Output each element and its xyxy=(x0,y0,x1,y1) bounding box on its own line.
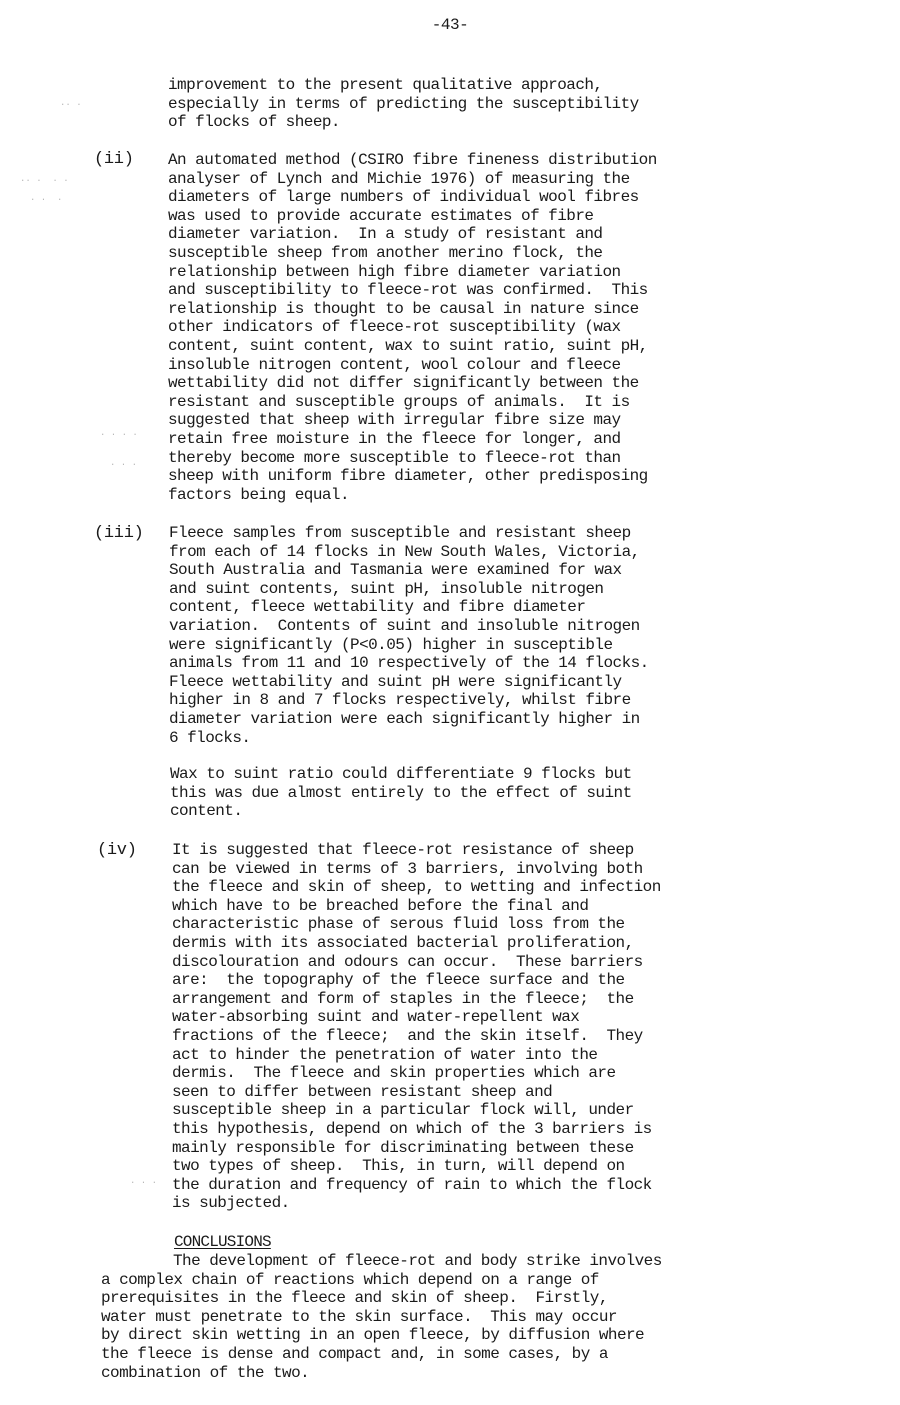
text-line: diameter variation. In a study of resist… xyxy=(168,225,657,244)
text-line: thereby become more susceptible to fleec… xyxy=(168,449,657,468)
item-ii-paragraph: An automated method (CSIRO fibre finenes… xyxy=(168,151,657,504)
text-line: insoluble nitrogen content, wool colour … xyxy=(168,356,657,375)
text-line: South Australia and Tasmania were examin… xyxy=(169,561,649,580)
page-number: -43- xyxy=(0,16,900,34)
text-line: were significantly (P<0.05) higher in su… xyxy=(169,636,649,655)
item-iii-paragraph-2: Wax to suint ratio could differentiate 9… xyxy=(170,765,632,821)
text-line: The development of fleece-rot and body s… xyxy=(101,1252,662,1271)
text-line: factors being equal. xyxy=(168,486,657,505)
text-line: seen to differ between resistant sheep a… xyxy=(172,1083,661,1102)
text-line: a complex chain of reactions which depen… xyxy=(101,1271,662,1290)
text-line: content, suint content, wax to suint rat… xyxy=(168,337,657,356)
text-line: the duration and frequency of rain to wh… xyxy=(172,1176,661,1195)
text-line: wettability did not differ significantly… xyxy=(168,374,657,393)
text-line: other indicators of fleece-rot susceptib… xyxy=(168,318,657,337)
text-line: content. xyxy=(170,802,632,821)
text-line: susceptible sheep in a particular flock … xyxy=(172,1101,661,1120)
text-line: susceptible sheep from another merino fl… xyxy=(168,244,657,263)
text-line: Fleece samples from susceptible and resi… xyxy=(169,524,649,543)
text-line: relationship is thought to be causal in … xyxy=(168,300,657,319)
text-line: fractions of the fleece; and the skin it… xyxy=(172,1027,661,1046)
text-line: are: the topography of the fleece surfac… xyxy=(172,971,661,990)
text-line: and suint contents, suint pH, insoluble … xyxy=(169,580,649,599)
item-iii-paragraph: Fleece samples from susceptible and resi… xyxy=(169,524,649,747)
item-label-iv: (iv) xyxy=(97,841,137,860)
text-line: by direct skin wetting in an open fleece… xyxy=(101,1326,662,1345)
text-line: content, fleece wettability and fibre di… xyxy=(169,598,649,617)
scan-noise: ·· · · · xyxy=(20,176,69,186)
text-line: variation. Contents of suint and insolub… xyxy=(169,617,649,636)
text-line: An automated method (CSIRO fibre finenes… xyxy=(168,151,657,170)
text-line: the fleece is dense and compact and, in … xyxy=(101,1345,662,1364)
text-line: can be viewed in terms of 3 barriers, in… xyxy=(172,860,661,879)
text-line: and susceptibility to fleece-rot was con… xyxy=(168,281,657,300)
text-line: prerequisites in the fleece and skin of … xyxy=(101,1289,662,1308)
text-line: this hypothesis, depend on which of the … xyxy=(172,1120,661,1139)
text-line: dermis. The fleece and skin properties w… xyxy=(172,1064,661,1083)
text-line: this was due almost entirely to the effe… xyxy=(170,784,632,803)
text-line: relationship between high fibre diameter… xyxy=(168,263,657,282)
scan-noise: · · · · xyxy=(100,430,138,440)
text-line: 6 flocks. xyxy=(169,729,649,748)
scan-noise: · · · xyxy=(30,195,62,205)
text-line: retain free moisture in the fleece for l… xyxy=(168,430,657,449)
text-line: dermis with its associated bacterial pro… xyxy=(172,934,661,953)
item-label-ii: (ii) xyxy=(94,150,134,169)
text-line: from each of 14 flocks in New South Wale… xyxy=(169,543,649,562)
text-line: the fleece and skin of sheep, to wetting… xyxy=(172,878,661,897)
text-line: analyser of Lynch and Michie 1976) of me… xyxy=(168,170,657,189)
text-line: arrangement and form of staples in the f… xyxy=(172,990,661,1009)
scan-noise: · · · xyxy=(110,460,137,470)
text-line: two types of sheep. This, in turn, will … xyxy=(172,1157,661,1176)
text-line: is subjected. xyxy=(172,1194,661,1213)
text-line: Fleece wettability and suint pH were sig… xyxy=(169,673,649,692)
text-line: diameters of large numbers of individual… xyxy=(168,188,657,207)
conclusions-heading: CONCLUSIONS xyxy=(174,1233,271,1251)
scan-noise: ·· · xyxy=(60,100,82,110)
intro-paragraph: improvement to the present qualitative a… xyxy=(168,76,639,132)
text-line: sheep with uniform fibre diameter, other… xyxy=(168,467,657,486)
text-line: animals from 11 and 10 respectively of t… xyxy=(169,654,649,673)
text-line: of flocks of sheep. xyxy=(168,113,639,132)
scan-noise: · · · xyxy=(130,1178,157,1188)
text-line: water-absorbing suint and water-repellen… xyxy=(172,1008,661,1027)
text-line: act to hinder the penetration of water i… xyxy=(172,1046,661,1065)
text-line: It is suggested that fleece-rot resistan… xyxy=(172,841,661,860)
text-line: especially in terms of predicting the su… xyxy=(168,95,639,114)
text-line: characteristic phase of serous fluid los… xyxy=(172,915,661,934)
text-line: mainly responsible for discriminating be… xyxy=(172,1139,661,1158)
text-line: resistant and susceptible groups of anim… xyxy=(168,393,657,412)
text-line: water must penetrate to the skin surface… xyxy=(101,1308,662,1327)
text-line: diameter variation were each significant… xyxy=(169,710,649,729)
text-line: higher in 8 and 7 flocks respectively, w… xyxy=(169,691,649,710)
text-line: discolouration and odours can occur. The… xyxy=(172,953,661,972)
item-iv-paragraph: It is suggested that fleece-rot resistan… xyxy=(172,841,661,1213)
text-line: improvement to the present qualitative a… xyxy=(168,76,639,95)
text-line: was used to provide accurate estimates o… xyxy=(168,207,657,226)
conclusions-paragraph: The development of fleece-rot and body s… xyxy=(101,1252,662,1382)
text-line: Wax to suint ratio could differentiate 9… xyxy=(170,765,632,784)
item-label-iii: (iii) xyxy=(94,524,144,543)
text-line: combination of the two. xyxy=(101,1364,662,1383)
text-line: suggested that sheep with irregular fibr… xyxy=(168,411,657,430)
text-line: which have to be breached before the fin… xyxy=(172,897,661,916)
